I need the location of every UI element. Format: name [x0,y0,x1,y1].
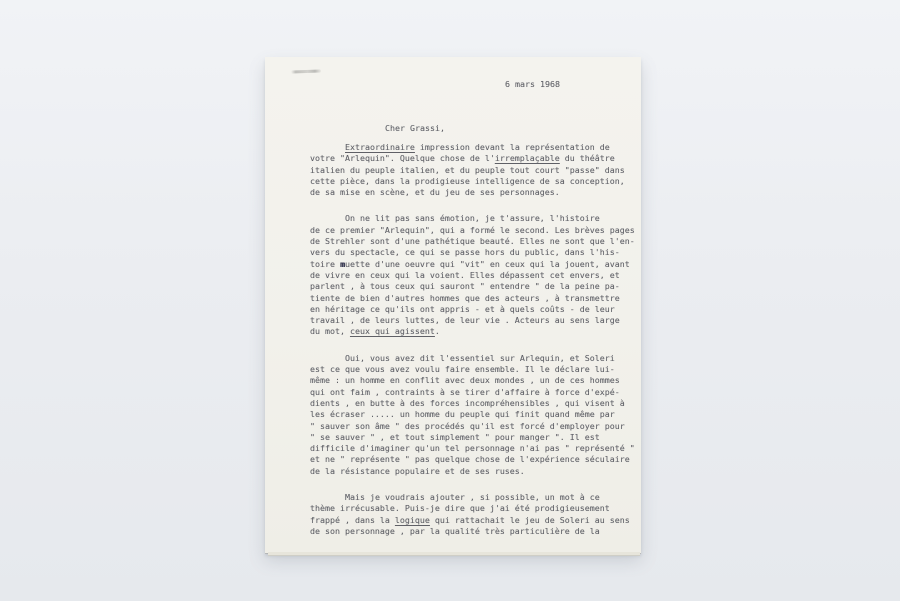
paragraph: On ne lit pas sans émotion, je t'assure,… [310,213,636,337]
letter-body: Extraordinaire impression devant la repr… [310,142,636,552]
letter-line: vers du spectacle, ce qui se passe hors … [310,247,636,258]
letter-line: de ce premier "Arlequin", qui a formé le… [310,225,636,236]
letter-line: Mais je voudrais ajouter , si possible, … [310,492,636,503]
letter-line: italien du peuple italien, et du peuple … [310,165,636,176]
letter-line: On ne lit pas sans émotion, je t'assure,… [310,213,636,224]
letter-line: travail , de leurs luttes, de leur vie .… [310,315,636,326]
letter-line: de Strehler sont d'une pathétique beauté… [310,236,636,247]
letter-line: et ne " représente " pas quelque chose d… [310,454,636,465]
letter-line: frappé , dans la logique qui rattachait … [310,515,636,526]
letter-line: de vivre en ceux qui la voient. Elles dé… [310,270,636,281]
letter-line: est ce que vous avez voulu faire ensembl… [310,364,636,375]
letter-line: de son personnage , par la qualité très … [310,526,636,537]
pencil-mark [291,69,321,73]
letter-line: votre "Arlequin". Quelque chose de l'irr… [310,153,636,164]
letter-line: de la résistance populaire et de ses rus… [310,466,636,477]
paragraph: Mais je voudrais ajouter , si possible, … [310,492,636,537]
letter-salutation: Cher Grassi, [385,123,445,134]
letter-line: Oui, vous avez dit l'essentiel sur Arleq… [310,353,636,364]
letter-line: cette pièce, dans la prodigieuse intelli… [310,176,636,187]
letter-page: 6 mars 1968 Cher Grassi, Extraordinaire … [265,57,641,553]
letter-line: de sa mise en scène, et du jeu de ses pe… [310,187,636,198]
letter-line: thème irrécusable. Puis-je dire que j'ai… [310,503,636,514]
letter-line: toire muette d'une oeuvre qui "vit" en c… [310,259,636,270]
letter-line: qui ont faim , contraints à se tirer d'a… [310,387,636,398]
letter-line: tiente de bien d'autres hommes que des a… [310,293,636,304]
paragraph: Extraordinaire impression devant la repr… [310,142,636,198]
letter-line: " sauver son âme " des procédés qu'il es… [310,421,636,432]
letter-line: du mot, ceux qui agissent. [310,326,636,337]
letter-date: 6 mars 1968 [505,79,560,90]
letter-line: les écraser ..... un homme du peuple qui… [310,409,636,420]
letter-line: en héritage ce qu'ils ont appris - et à … [310,304,636,315]
letter-line: dients , en butte à des forces incompréh… [310,398,636,409]
letter-line: " se sauver " , et tout simplement " pou… [310,432,636,443]
photo-background: 6 mars 1968 Cher Grassi, Extraordinaire … [0,0,900,601]
letter-line: même : un homme en conflit avec deux mon… [310,375,636,386]
letter-line: parlent , à tous ceux qui sauront " ente… [310,281,636,292]
paragraph: Oui, vous avez dit l'essentiel sur Arleq… [310,353,636,477]
letter-line: Extraordinaire impression devant la repr… [310,142,636,153]
letter-line: difficile d'imaginer qu'un tel personnag… [310,443,636,454]
